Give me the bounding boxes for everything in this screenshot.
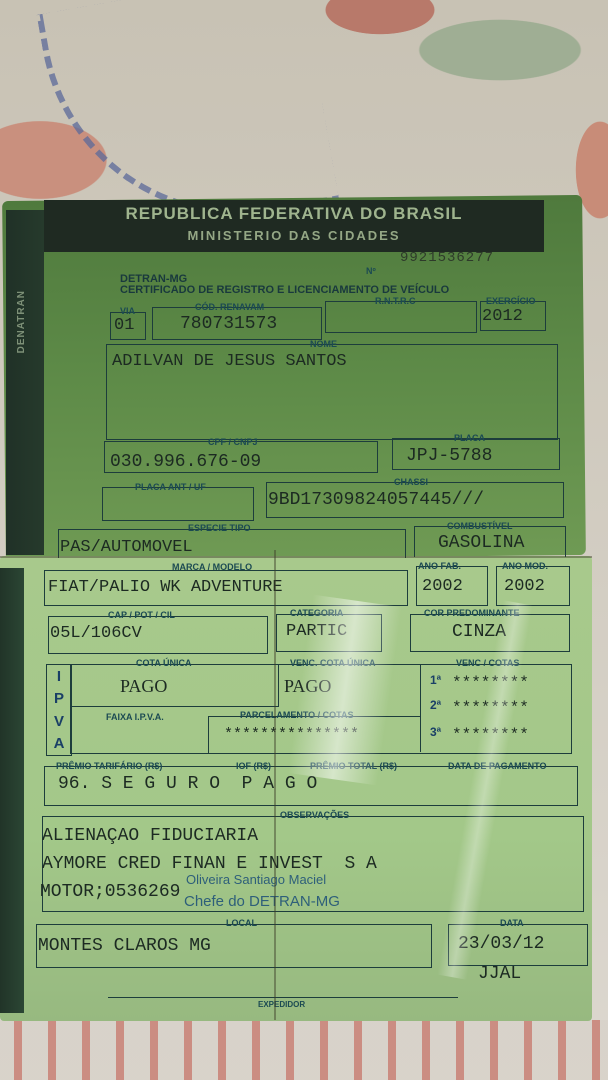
local-value: MONTES CLAROS MG: [38, 936, 211, 956]
cap-value: 05L/106CV: [50, 624, 142, 643]
ipva-side-label: I P V A: [46, 664, 72, 756]
cpf-value: 030.996.676-09: [110, 452, 261, 472]
local-label: LOCAL: [226, 918, 257, 928]
via-value: 01: [114, 316, 134, 335]
vertical-fold: [274, 550, 276, 1020]
spine-text: DENATRAN: [16, 290, 27, 353]
nome-label: NOME: [310, 339, 337, 349]
iof-label: IOF (R$): [236, 761, 271, 771]
horizontal-fold: [0, 556, 592, 558]
observacao-line-2: AYMORE CRED FINAN E INVEST S A: [42, 854, 377, 874]
cota-1-ordinal: 1ª: [430, 673, 441, 687]
via-label: VIA: [120, 306, 135, 316]
ipva-letter: P: [54, 690, 64, 707]
exercicio-label: EXERCÍCIO: [486, 296, 536, 306]
cota-unica-value: PAGO: [120, 676, 167, 697]
chassi-label: CHASSI: [394, 477, 428, 487]
ipva-letter: V: [54, 713, 64, 730]
document-spine-bottom: [0, 568, 24, 1013]
combustivel-label: COMBUSTÍVEL: [447, 521, 513, 531]
especie-label: ESPECIE TIPO: [188, 523, 251, 533]
renavam-label: CÓD. RENAVAM: [195, 302, 264, 312]
seguro-value: 96. S E G U R O P A G O: [58, 774, 317, 794]
document-header: REPUBLICA FEDERATIVA DO BRASIL MINISTERI…: [44, 200, 544, 252]
cota-unica-cell: [70, 664, 279, 707]
number-label: Nº: [366, 266, 376, 276]
ano-fab-value: 2002: [422, 577, 463, 596]
marca-value: FIAT/PALIO WK ADVENTURE: [48, 578, 283, 597]
header-line2: MINISTERIO DAS CIDADES: [44, 228, 544, 243]
nome-value: ADILVAN DE JESUS SANTOS: [112, 352, 347, 371]
marca-label: MARCA / MODELO: [172, 562, 252, 572]
rntrc-label: R.N.T.R.C: [375, 296, 416, 306]
header-line1: REPUBLICA FEDERATIVA DO BRASIL: [44, 204, 544, 224]
cap-label: CAP / POT / CIL: [108, 610, 175, 620]
signature-name: Oliveira Santiago Maciel: [186, 872, 326, 887]
placa-label: PLACA: [454, 433, 485, 443]
observacao-line-3: MOTOR;0536269: [40, 882, 180, 902]
renavam-value: 780731573: [180, 314, 277, 334]
document-title: CERTIFICADO DE REGISTRO E LICENCIAMENTO …: [120, 284, 449, 296]
placa-value: JPJ-5788: [406, 446, 492, 466]
ano-fab-label: ANO FAB.: [418, 561, 461, 571]
document-number: 9921536277: [400, 250, 494, 266]
cota-unica-label: COTA ÚNICA: [136, 658, 192, 668]
operator-code: JJAL: [478, 964, 521, 984]
signature-title: Chefe do DETRAN-MG: [184, 893, 340, 910]
document-spine-top: DENATRAN: [6, 210, 44, 555]
premio-tarifario-label: PRÊMIO TARIFÁRIO (R$): [56, 761, 162, 771]
faixa-ipva-label: FAIXA I.P.V.A.: [106, 712, 164, 722]
especie-value: PAS/AUTOMOVEL: [60, 538, 193, 557]
ano-mod-value: 2002: [504, 577, 545, 596]
observacao-line-1: ALIENAÇAO FIDUCIARIA: [42, 826, 258, 846]
cota-2-ordinal: 2ª: [430, 698, 441, 712]
cpf-label: CPF / CNPJ: [208, 437, 258, 447]
data-label: DATA: [500, 918, 524, 928]
combustivel-value: GASOLINA: [438, 533, 524, 553]
ano-mod-label: ANO MOD.: [502, 561, 548, 571]
tablecloth-bottom: [0, 1020, 608, 1080]
chassi-value: 9BD17309824057445///: [268, 490, 484, 510]
ipva-letter: A: [54, 735, 65, 752]
ipva-letter: I: [57, 668, 61, 685]
expedidor-line: [108, 997, 458, 998]
cota-3-ordinal: 3ª: [430, 725, 441, 739]
expedidor-label: EXPEDIDOR: [258, 1000, 305, 1009]
observacoes-label: OBSERVAÇÕES: [280, 810, 349, 820]
placa-ant-label: PLACA ANT / UF: [135, 482, 206, 492]
exercicio-value: 2012: [482, 307, 523, 326]
placa-ant-box: [102, 487, 254, 521]
